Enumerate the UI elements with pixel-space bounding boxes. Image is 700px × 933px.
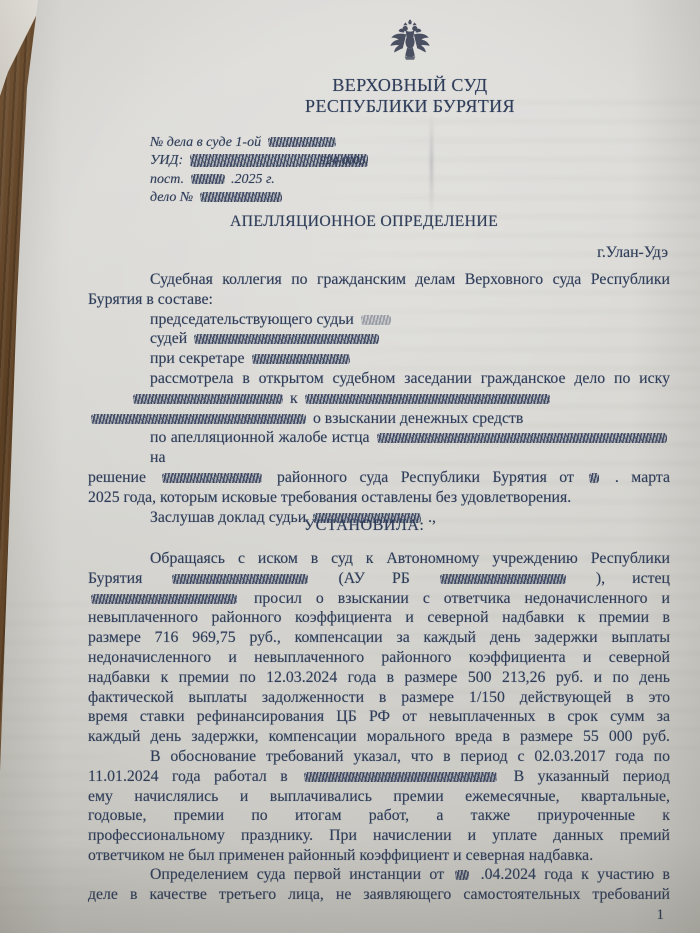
- body-line: дело №: [150, 189, 371, 207]
- text-run: . марта: [615, 469, 670, 486]
- text-run: решение: [88, 469, 146, 486]
- redaction-scribble: [200, 192, 282, 202]
- body-line: профессиональному празднику. При начисле…: [88, 826, 670, 846]
- body-line: просил о взыскании с ответчика недоначис…: [88, 589, 670, 609]
- body-line: рассмотрела в открытом судебном заседани…: [88, 369, 670, 389]
- body-line: 2025 года, которым исковые требования ос…: [88, 488, 670, 508]
- text-run: районного суда Республики Бурятия от: [277, 469, 574, 486]
- text-run: фактической выплаты задолженности в разм…: [88, 689, 670, 706]
- redaction-scribble: [305, 394, 550, 404]
- body-line: время ставки рефинансирования ЦБ РФ от н…: [88, 707, 670, 727]
- grounds-paragraph: В обоснование требований указал, что в п…: [88, 747, 670, 866]
- body-line: 11.01.2024 года работал в В указанный пе…: [88, 767, 670, 787]
- body-line: ответчиком не был применен районный коэф…: [88, 846, 670, 866]
- text-run: к: [290, 390, 298, 407]
- body-line: В обоснование требований указал, что в п…: [88, 747, 670, 767]
- text-run: ему начислялись и выплачивались премии е…: [88, 788, 670, 805]
- body-line: Обращаясь с иском в суд к Автономному уч…: [88, 549, 670, 569]
- redaction-scribble: [377, 433, 667, 443]
- text-run: по апелляционной жалобе истца: [150, 429, 370, 446]
- text-run: 11.01.2024 года работал в: [88, 768, 288, 785]
- text-run: деле в качестве третьего лица, не заявля…: [88, 886, 670, 903]
- text-run: № дела в суде 1-ой: [150, 135, 261, 150]
- text-run: Судебная коллегия по гражданским делам В…: [150, 271, 670, 288]
- text-run: пост.: [150, 172, 184, 187]
- body-line: председательствующего судьи: [88, 310, 670, 330]
- body-line: к: [88, 389, 670, 409]
- redaction-scribble: [91, 594, 237, 604]
- court-name-line1: ВЕРХОВНЫЙ СУД: [120, 75, 700, 96]
- text-run: каждый день задержки, компенсации мораль…: [88, 728, 670, 745]
- text-run: председательствующего судьи: [150, 311, 354, 328]
- text-run: время ставки рефинансирования ЦБ РФ от н…: [88, 708, 670, 725]
- text-run: .2025 г.: [231, 172, 275, 187]
- body-line: по апелляционной жалобе истца на: [88, 428, 670, 468]
- text-run: недоначисленного и невыплаченного районн…: [88, 649, 670, 666]
- text-run: при секретаре: [150, 350, 245, 367]
- redaction-scribble: [589, 473, 599, 483]
- text-run: Бурятия в составе:: [88, 291, 213, 308]
- body-line: Судебная коллегия по гражданским делам В…: [88, 270, 670, 290]
- text-run: 2025 года, которым исковые требования ос…: [88, 489, 571, 506]
- court-name: ВЕРХОВНЫЙ СУД РЕСПУБЛИКИ БУРЯТИЯ: [120, 75, 700, 116]
- body-line: пост. .2025 г.: [150, 171, 371, 189]
- text-run: рассмотрела в открытом судебном заседани…: [150, 370, 670, 387]
- text-run: В указанный период: [514, 768, 670, 785]
- body-line: каждый день задержки, компенсации мораль…: [88, 727, 670, 747]
- text-run: невыплаченного районного коэффициента и …: [88, 609, 670, 626]
- body-line: № дела в суде 1-ой: [150, 134, 371, 152]
- body-line: судей: [88, 329, 670, 349]
- text-run: судей: [150, 330, 187, 347]
- ruling-paragraph: Определением суда первой инстанции от .0…: [88, 865, 670, 905]
- redaction-scribble: [252, 354, 350, 364]
- body-line: размере 716 969,75 руб., компенсации за …: [88, 628, 670, 648]
- document-title: АПЕЛЛЯЦИОННОЕ ОПРЕДЕЛЕНИЕ: [58, 212, 670, 232]
- redaction-scribble: [91, 414, 306, 424]
- text-run: ), истец: [596, 570, 670, 587]
- body-line: при секретаре: [88, 349, 670, 369]
- city-line: г.Улан-Удэ: [597, 243, 668, 263]
- redaction-scribble: [133, 394, 283, 404]
- coat-of-arms-icon: [386, 17, 434, 67]
- redaction-scribble: 924-0005: [190, 154, 368, 167]
- body-line: Бурятия в составе:: [88, 290, 670, 310]
- text-run: ответчиком не был применен районный коэф…: [88, 847, 593, 864]
- claim-paragraph: Обращаясь с иском в суд к Автономному уч…: [88, 549, 670, 747]
- redaction-scribble: [361, 315, 391, 325]
- redaction-scribble: [191, 174, 225, 184]
- page-number: 1: [657, 906, 665, 926]
- body-line: недоначисленного и невыплаченного районн…: [88, 648, 670, 668]
- body-line: Бурятия (АУ РБ ), истец: [88, 569, 670, 589]
- intro-paragraphs: Судебная коллегия по гражданским делам В…: [88, 270, 670, 527]
- body-line: решение районного суда Республики Буряти…: [88, 468, 670, 488]
- text-run: В обоснование требований указал, что в п…: [150, 748, 670, 765]
- redaction-scribble: [455, 870, 469, 880]
- redaction-scribble: [268, 137, 336, 147]
- text-run: о взыскании денежных средств: [313, 410, 523, 427]
- text-run: Бурятия: [88, 570, 142, 587]
- body-line: надбавки к премии по 12.03.2024 года в р…: [88, 668, 670, 688]
- redaction-scribble: [172, 574, 308, 584]
- text-run: на: [150, 449, 165, 466]
- text-run: надбавки к премии по 12.03.2024 года в р…: [88, 669, 670, 686]
- case-info-block: № дела в суде 1-ой УИД: 924-0005 пост. .…: [150, 134, 371, 208]
- redaction-scribble: [194, 334, 379, 344]
- text-run: Обращаясь с иском в суд к Автономному уч…: [150, 550, 670, 567]
- body-line: о взыскании денежных средств: [88, 409, 670, 429]
- body-line: деле в качестве третьего лица, не заявля…: [88, 885, 670, 905]
- court-name-line2: РЕСПУБЛИКИ БУРЯТИЯ: [120, 96, 700, 117]
- body-line: годовые, премии по итогам работ, а также…: [88, 806, 670, 826]
- text-run: годовые, премии по итогам работ, а также…: [88, 807, 670, 824]
- text-run: УИД:: [150, 153, 183, 168]
- text-run: размере 716 969,75 руб., компенсации за …: [88, 629, 670, 646]
- text-run: .04.2024 года к участию в: [481, 866, 670, 883]
- redaction-scribble: [440, 574, 566, 584]
- body-line: ему начислялись и выплачивались премии е…: [88, 787, 670, 807]
- body-line: невыплаченного районного коэффициента и …: [88, 608, 670, 628]
- section-heading: УСТАНОВИЛА:: [88, 516, 640, 536]
- text-run: просил о взыскании с ответчика недоначис…: [254, 590, 670, 607]
- body-line: Определением суда первой инстанции от .0…: [88, 865, 670, 885]
- body-line: УИД: 924-0005: [150, 152, 371, 170]
- text-run: Определением суда первой инстанции от: [150, 866, 444, 883]
- document-photo: ВЕРХОВНЫЙ СУД РЕСПУБЛИКИ БУРЯТИЯ № дела …: [0, 0, 700, 933]
- redaction-scribble: [162, 473, 262, 483]
- text-run: профессиональному празднику. При начисле…: [88, 827, 670, 844]
- text-run: (АУ РБ: [338, 570, 409, 587]
- redaction-scribble: [304, 772, 497, 782]
- body-line: фактической выплаты задолженности в разм…: [88, 688, 670, 708]
- text-run: дело №: [150, 190, 193, 205]
